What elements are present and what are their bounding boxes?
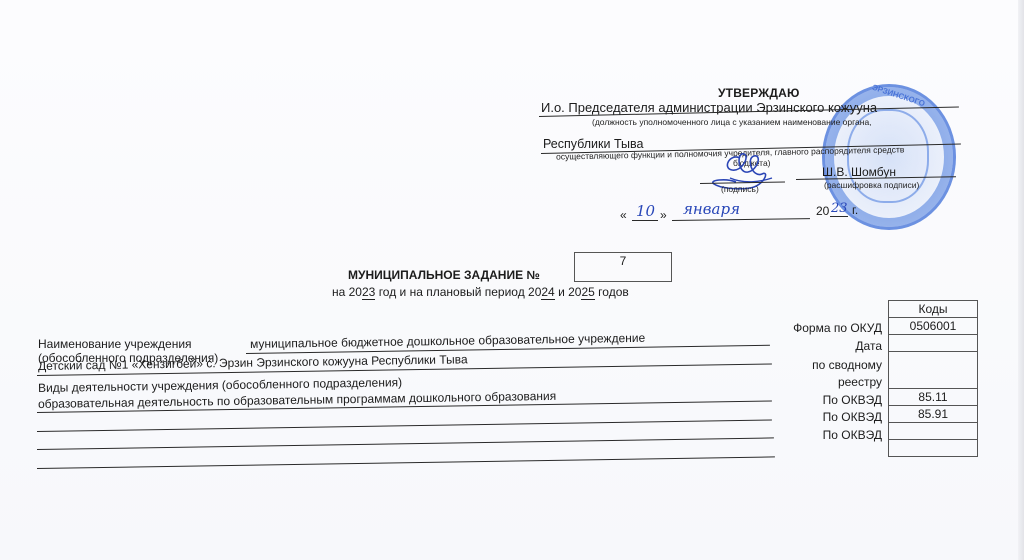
period-mid: год и на плановый период 20 [379, 285, 542, 299]
code-label-registry-2: реестру [776, 375, 882, 389]
codes-header: Коды [889, 301, 978, 318]
approver-position-line2: Республики Тыва [543, 137, 643, 151]
code-value-okud: 0506001 [889, 318, 978, 335]
date-day-underline [632, 220, 658, 221]
code-value-okved-3 [889, 423, 978, 440]
period-line: на 2023 год и на плановый период 2024 и … [332, 285, 629, 299]
stamp-text: ЭРЗИНСКОГО [871, 83, 926, 109]
activity-underline-2 [37, 419, 772, 432]
period-year: 23 [362, 285, 375, 300]
date-month-underline [672, 218, 810, 221]
signature-caption: (подпись) [721, 184, 759, 194]
code-label-okud: Форма по ОКУД [776, 321, 882, 335]
code-value-registry [889, 352, 978, 389]
task-number: 7 [620, 254, 627, 268]
approval-title: УТВЕРЖДАЮ [718, 86, 800, 100]
code-label-okved-2: По ОКВЭД [776, 410, 882, 424]
document-title: МУНИЦИПАЛЬНОЕ ЗАДАНИЕ № [348, 268, 540, 282]
code-label-okved-1: По ОКВЭД [776, 393, 882, 407]
period-and: и 20 [558, 285, 581, 299]
page-edge [1018, 0, 1024, 560]
plan-year-2: 25 [581, 285, 594, 300]
date-year-suffix: 23 [831, 201, 848, 216]
activity-underline-3 [37, 437, 774, 450]
codes-table: Коды 0506001 85.11 85.91 [888, 300, 978, 457]
activity-underline-4 [37, 456, 775, 469]
period-prefix: на 20 [332, 285, 362, 299]
date-year-prefix: 20 [816, 204, 829, 218]
code-label-registry-1: по сводному [776, 358, 882, 372]
date-day: 10 [636, 202, 655, 220]
position-caption-1: (должность уполномоченного лица с указан… [592, 117, 872, 127]
code-value-okved-2: 85.91 [889, 406, 978, 423]
institution-name-label-1: Наименование учреждения [38, 337, 192, 351]
signer-caption: (расшифровка подписи) [824, 180, 919, 190]
document-page: УТВЕРЖДАЮ ЭРЗИНСКОГО И.о. Председателя а… [0, 0, 1024, 560]
code-label-date: Дата [776, 339, 882, 353]
date-month: января [683, 200, 740, 218]
plan-year-1: 24 [541, 285, 554, 300]
date-year-underline [830, 216, 848, 217]
code-value-extra [889, 440, 978, 457]
date-close-quote: » [660, 208, 667, 222]
task-number-box: 7 [574, 252, 672, 282]
code-label-okved-3: По ОКВЭД [776, 428, 882, 442]
code-value-date [889, 335, 978, 352]
period-suffix: годов [598, 285, 629, 299]
date-year-unit: г. [852, 203, 858, 217]
code-value-okved-1: 85.11 [889, 389, 978, 406]
date-open-quote: « [620, 208, 627, 222]
